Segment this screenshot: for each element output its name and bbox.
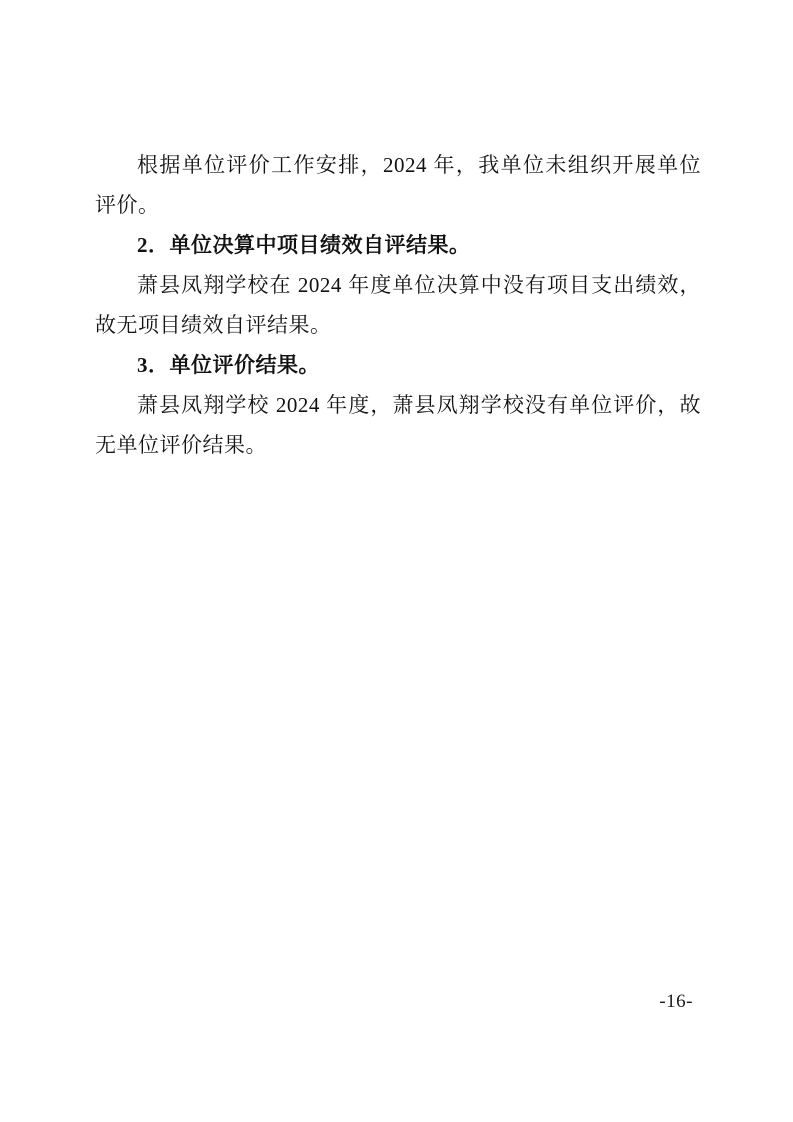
paragraph-no-unit-evaluation: 萧县凤翔学校 2024 年度，萧县凤翔学校没有单位评价，故无单位评价结果。 xyxy=(95,385,701,465)
document-body: 根据单位评价工作安排，2024 年，我单位未组织开展单位评价。 2．单位决算中项… xyxy=(95,145,701,465)
section-heading-3-unit-evaluation-result: 3．单位评价结果。 xyxy=(95,345,701,385)
paragraph-unit-evaluation-arrangement: 根据单位评价工作安排，2024 年，我单位未组织开展单位评价。 xyxy=(95,145,701,225)
document-page: 根据单位评价工作安排，2024 年，我单位未组织开展单位评价。 2．单位决算中项… xyxy=(0,0,793,1122)
page-number: -16- xyxy=(659,991,693,1013)
paragraph-no-project-performance: 萧县凤翔学校在 2024 年度单位决算中没有项目支出绩效，故无项目绩效自评结果。 xyxy=(95,265,701,345)
section-heading-2-project-self-evaluation: 2．单位决算中项目绩效自评结果。 xyxy=(95,225,701,265)
